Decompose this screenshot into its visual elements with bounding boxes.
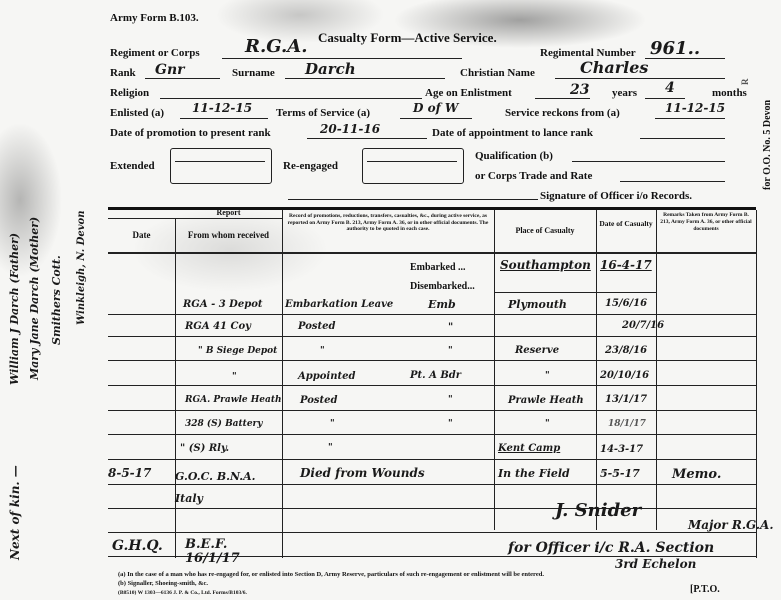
row-7-place: In the Field xyxy=(498,467,570,480)
embarked-place: Southampton xyxy=(500,258,591,272)
years-label: years xyxy=(612,87,637,99)
row-2-place: Reserve xyxy=(515,345,559,356)
form-title: Casualty Form—Active Service. xyxy=(318,30,497,46)
row-1-casualty-date: 20/7/16 xyxy=(622,320,664,331)
age-years-value: 23 xyxy=(570,82,589,98)
surname-label: Surname xyxy=(232,67,275,79)
row-0-record-extra: Emb xyxy=(428,298,456,311)
promotion-value: 20-11-16 xyxy=(320,122,380,136)
col-from-whom: From whom received xyxy=(175,230,282,240)
row-4-casualty-date: 13/1/17 xyxy=(605,394,647,405)
reengaged-box xyxy=(362,148,464,184)
rank-value: Gnr xyxy=(155,62,185,78)
row-1-from: RGA 41 Coy xyxy=(185,321,251,332)
form-number: Army Form B.103. xyxy=(110,12,199,24)
lance-rank-label: Date of appointment to lance rank xyxy=(432,127,593,139)
row-3-record-extra: Pt. A Bdr xyxy=(410,370,461,381)
promotion-label: Date of promotion to present rank xyxy=(110,127,271,139)
casualty-form-document: Army Form B.103. Casualty Form—Active Se… xyxy=(0,0,781,600)
row-0-place: Plymouth xyxy=(508,298,567,311)
row-3-place: " xyxy=(545,371,550,381)
row-5-from: 328 (S) Battery xyxy=(185,419,263,429)
service-reckons-value: 11-12-15 xyxy=(665,101,725,115)
row-2-record: " xyxy=(320,346,325,356)
surname-value: Darch xyxy=(305,60,356,78)
row-1-record-extra: " xyxy=(448,322,453,333)
col-casualty-date: Date of Casualty xyxy=(596,220,656,228)
signature-label: Signature of Officer i/o Records. xyxy=(540,190,692,202)
nok-line4: Winkleigh, N. Devon xyxy=(76,211,87,326)
regiment-label: Regiment or Corps xyxy=(110,47,200,59)
row-4-record: Posted xyxy=(300,395,338,406)
row-3-casualty-date: 20/10/16 xyxy=(600,370,649,381)
qualification-label: Qualification (b) xyxy=(475,150,553,162)
report-header: Report xyxy=(175,208,282,217)
terms-label: Terms of Service (a) xyxy=(276,107,370,119)
row-2-casualty-date: 23/8/16 xyxy=(605,345,647,356)
row-4-place: Prawle Heath xyxy=(508,395,584,406)
row-0-from: RGA - 3 Depot xyxy=(183,299,262,310)
row-7-remarks: Memo. xyxy=(672,467,721,482)
rank-label: Rank xyxy=(110,67,136,79)
terms-value: D of W xyxy=(413,101,458,115)
row-0-casualty-date: 15/6/16 xyxy=(605,298,647,309)
row-6-place: Kent Camp xyxy=(498,443,560,454)
embarked-date: 16-4-17 xyxy=(600,258,652,272)
right-margin-small: R xyxy=(740,79,750,86)
row-3-from: " xyxy=(232,372,237,382)
christian-name-value: Charles xyxy=(580,58,648,77)
row-3-record: Appointed xyxy=(298,371,355,382)
col-remarks: Remarks Taken from Army Form B. 213, Arm… xyxy=(658,212,754,233)
footnote-b: (b) Signaller, Shoeing-smith, &c. xyxy=(118,580,208,587)
row-0-record: Embarkation Leave xyxy=(285,299,393,310)
enlisted-value: 11-12-15 xyxy=(192,101,252,115)
printer-note: (B8510) W 1303—6136 J. P. & Co., Ltd. Fo… xyxy=(118,590,247,596)
corps-trade-label: or Corps Trade and Rate xyxy=(475,170,592,182)
row-1-record: Posted xyxy=(298,321,336,332)
months-label: months xyxy=(712,87,747,99)
ghq-stamp: G.H.Q. xyxy=(112,538,163,554)
reengaged-label: Re-engaged xyxy=(283,160,338,172)
disembarked-label: Disembarked... xyxy=(410,281,475,292)
nok-line1: William J Darch (Father) xyxy=(8,233,21,385)
officer-signature: J. Snider xyxy=(555,500,641,521)
nok-line2: Mary Jane Darch (Mother) xyxy=(28,217,41,380)
row-7-casualty-date: 5-5-17 xyxy=(600,467,640,480)
row-4-record-extra: " xyxy=(448,395,453,405)
row-5-casualty-date: 18/1/17 xyxy=(608,419,646,429)
nok-line3: Smithers Cott. xyxy=(50,255,63,345)
next-of-kin-label: Next of kin. — xyxy=(8,465,22,560)
extended-box xyxy=(170,148,272,184)
row-7-record: Died from Wounds xyxy=(300,466,425,480)
age-months-value: 4 xyxy=(665,80,675,96)
for-officer-text: for Officer i/c R.A. Section xyxy=(508,540,714,556)
row-6-record: " xyxy=(328,443,333,453)
row-6-casualty-date: 14-3-17 xyxy=(600,444,643,455)
row-7-from: G.O.C. B.N.A. Italy xyxy=(175,466,285,510)
row-7-date: 8-5-17 xyxy=(108,466,151,480)
extended-label: Extended xyxy=(110,160,155,172)
regiment-value: R.G.A. xyxy=(245,36,307,57)
col-date: Date xyxy=(108,230,175,240)
age-label: Age on Enlistment xyxy=(425,87,512,99)
christian-name-label: Christian Name xyxy=(460,67,535,79)
col-record: Record of promotions, reductions, transf… xyxy=(285,213,491,233)
religion-label: Religion xyxy=(110,87,149,99)
right-margin-note: for O.O. No. 5 Devon xyxy=(762,100,773,190)
row-5-place: " xyxy=(545,419,550,429)
bef-stamp: B.E.F. 16/1/17 xyxy=(185,538,265,566)
pto-note: [P.T.O. xyxy=(690,584,720,595)
col-place: Place of Casualty xyxy=(494,226,596,235)
row-5-record-extra: " xyxy=(448,419,453,429)
row-5-record: " xyxy=(330,419,335,429)
row-4-from: RGA. Prawle Heath xyxy=(185,395,282,405)
row-6-from: " (S) Rly. xyxy=(180,443,229,454)
service-reckons-label: Service reckons from (a) xyxy=(505,107,620,119)
row-2-record-extra: " xyxy=(448,346,453,356)
officer-rank: Major R.G.A. xyxy=(688,518,774,532)
enlisted-label: Enlisted (a) xyxy=(110,107,164,119)
footnote-a: (a) In the case of a man who has re-enga… xyxy=(118,571,544,578)
regimental-number-value: 961.. xyxy=(650,38,700,59)
embarked-label: Embarked ... xyxy=(410,262,466,273)
row-2-from: " B Siege Depot xyxy=(198,346,277,356)
echelon-text: 3rd Echelon xyxy=(615,557,696,571)
